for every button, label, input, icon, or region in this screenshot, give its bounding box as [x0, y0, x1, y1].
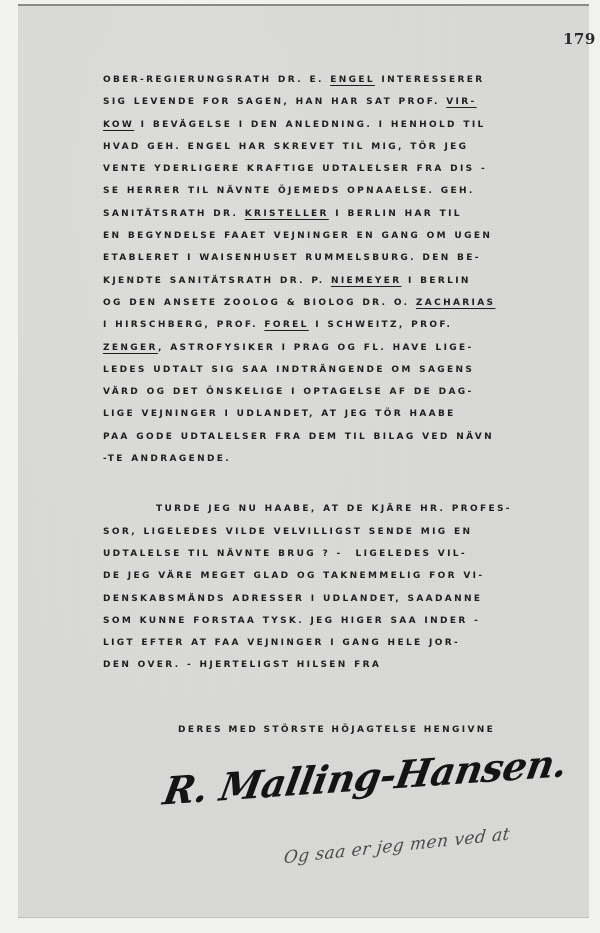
text-line: EN BEGYNDELSE FAAET VEJNINGER EN GANG OM…: [103, 225, 573, 247]
text-line: KOW I BEVÄGELSE I DEN ANLEDNING. I HENHO…: [103, 114, 573, 136]
text-segment: INTERESSERER: [375, 75, 485, 85]
letter-closing: DERES MED STÖRSTE HÖJAGTELSE HENGIVNE: [178, 725, 495, 735]
text-segment: -TE ANDRAGENDE.: [103, 454, 231, 464]
text-segment: OG DEN ANSETE ZOOLOG & BIOLOG DR. O.: [103, 298, 416, 308]
text-segment: LIGE VEJNINGER I UDLANDET, AT JEG TÖR HA…: [103, 409, 456, 419]
text-line: DEN OVER. - HJERTELIGST HILSEN FRA: [103, 654, 573, 676]
text-segment: ETABLERET I WAISENHUSET RUMMELSBURG. DEN…: [103, 253, 481, 263]
paragraph-gap: [103, 470, 573, 498]
text-segment: DENSKABSMÄNDS ADRESSER I UDLANDET, SAADA…: [103, 594, 482, 604]
text-line: OG DEN ANSETE ZOOLOG & BIOLOG DR. O. ZAC…: [103, 292, 573, 314]
text-segment: LIGT EFTER AT FAA VEJNINGER I GANG HELE …: [103, 638, 460, 648]
underlined-name: KOW: [103, 120, 134, 130]
text-line: LIGE VEJNINGER I UDLANDET, AT JEG TÖR HA…: [103, 403, 573, 425]
text-segment: DEN OVER. - HJERTELIGST HILSEN FRA: [103, 660, 381, 670]
text-line: SANITÄTSRATH DR. KRISTELLER I BERLIN HAR…: [103, 203, 573, 225]
text-segment: SANITÄTSRATH DR.: [103, 209, 245, 219]
text-segment: EN BEGYNDELSE FAAET VEJNINGER EN GANG OM…: [103, 231, 492, 241]
text-segment: I BERLIN: [402, 276, 471, 286]
text-segment: SE HERRER TIL NÄVNTE ÖJEMEDS OPNAAELSE. …: [103, 186, 475, 196]
text-segment: OBER-REGIERUNGSRATH DR. E.: [103, 75, 330, 85]
text-line: SOR, LIGELEDES VILDE VELVILLIGST SENDE M…: [103, 521, 573, 543]
text-line: LIGT EFTER AT FAA VEJNINGER I GANG HELE …: [103, 632, 573, 654]
text-line: LEDES UDTALT SIG SAA INDTRÄNGENDE OM SAG…: [103, 359, 573, 381]
text-segment: HVAD GEH. ENGEL HAR SKREVET TIL MIG, TÖR…: [103, 142, 468, 152]
page-number: 179: [563, 30, 596, 48]
text-line: DENSKABSMÄNDS ADRESSER I UDLANDET, SAADA…: [103, 588, 573, 610]
text-line: PAA GODE UDTALELSER FRA DEM TIL BILAG VE…: [103, 426, 573, 448]
text-segment: UDTALELSE TIL NÄVNTE BRUG ? - LIGELEDES …: [103, 549, 467, 559]
text-line: VENTE YDERLIGERE KRAFTIGE UDTALELSER FRA…: [103, 158, 573, 180]
text-segment: VENTE YDERLIGERE KRAFTIGE UDTALELSER FRA…: [103, 164, 487, 174]
underlined-name: ZENGER: [103, 343, 158, 353]
text-line: SE HERRER TIL NÄVNTE ÖJEMEDS OPNAAELSE. …: [103, 180, 573, 202]
text-line: ZENGER, ASTROFYSIKER I PRAG OG FL. HAVE …: [103, 337, 573, 359]
underlined-name: FOREL: [264, 320, 308, 330]
text-segment: KJENDTE SANITÄTSRATH DR. P.: [103, 276, 331, 286]
text-line: SOM KUNNE FORSTAA TYSK. JEG HIGER SAA IN…: [103, 610, 573, 632]
underlined-name: VIR-: [446, 97, 476, 107]
text-segment: DE JEG VÄRE MEGET GLAD OG TAKNEMMELIG FO…: [103, 571, 484, 581]
text-line: HVAD GEH. ENGEL HAR SKREVET TIL MIG, TÖR…: [103, 136, 573, 158]
underlined-name: ENGEL: [330, 75, 375, 85]
text-line: I HIRSCHBERG, PROF. FOREL I SCHWEITZ, PR…: [103, 314, 573, 336]
text-line: TURDE JEG NU HAABE, AT DE KJÄRE HR. PROF…: [103, 498, 573, 520]
text-segment: SIG LEVENDE FOR SAGEN, HAN HAR SAT PROF.: [103, 97, 446, 107]
text-segment: I BERLIN HAR TIL: [329, 209, 462, 219]
text-segment: LEDES UDTALT SIG SAA INDTRÄNGENDE OM SAG…: [103, 365, 474, 375]
text-segment: I SCHWEITZ, PROF.: [309, 320, 453, 330]
text-segment: I HIRSCHBERG, PROF.: [103, 320, 264, 330]
paragraph: TURDE JEG NU HAABE, AT DE KJÄRE HR. PROF…: [103, 498, 573, 676]
underlined-name: KRISTELLER: [245, 209, 329, 219]
text-segment: SOR, LIGELEDES VILDE VELVILLIGST SENDE M…: [103, 527, 472, 537]
text-segment: , ASTROFYSIKER I PRAG OG FL. HAVE LIGE-: [158, 343, 474, 353]
text-line: KJENDTE SANITÄTSRATH DR. P. NIEMEYER I B…: [103, 270, 573, 292]
text-line: VÄRD OG DET ÖNSKELIGE I OPTAGELSE AF DE …: [103, 381, 573, 403]
text-segment: VÄRD OG DET ÖNSKELIGE I OPTAGELSE AF DE …: [103, 387, 474, 397]
text-line: SIG LEVENDE FOR SAGEN, HAN HAR SAT PROF.…: [103, 91, 573, 113]
text-segment: PAA GODE UDTALELSER FRA DEM TIL BILAG VE…: [103, 432, 494, 442]
text-segment: TURDE JEG NU HAABE, AT DE KJÄRE HR. PROF…: [156, 504, 512, 514]
text-line: ETABLERET I WAISENHUSET RUMMELSBURG. DEN…: [103, 247, 573, 269]
text-line: DE JEG VÄRE MEGET GLAD OG TAKNEMMELIG FO…: [103, 565, 573, 587]
underlined-name: NIEMEYER: [331, 276, 402, 286]
underlined-name: ZACHARIAS: [416, 298, 495, 308]
text-line: UDTALELSE TIL NÄVNTE BRUG ? - LIGELEDES …: [103, 543, 573, 565]
text-segment: I BEVÄGELSE I DEN ANLEDNING. I HENHOLD T…: [134, 120, 485, 130]
paragraph: OBER-REGIERUNGSRATH DR. E. ENGEL INTERES…: [103, 69, 573, 470]
text-line: -TE ANDRAGENDE.: [103, 448, 573, 470]
typed-letter-body: OBER-REGIERUNGSRATH DR. E. ENGEL INTERES…: [103, 69, 573, 677]
text-line: OBER-REGIERUNGSRATH DR. E. ENGEL INTERES…: [103, 69, 573, 91]
text-segment: SOM KUNNE FORSTAA TYSK. JEG HIGER SAA IN…: [103, 616, 480, 626]
